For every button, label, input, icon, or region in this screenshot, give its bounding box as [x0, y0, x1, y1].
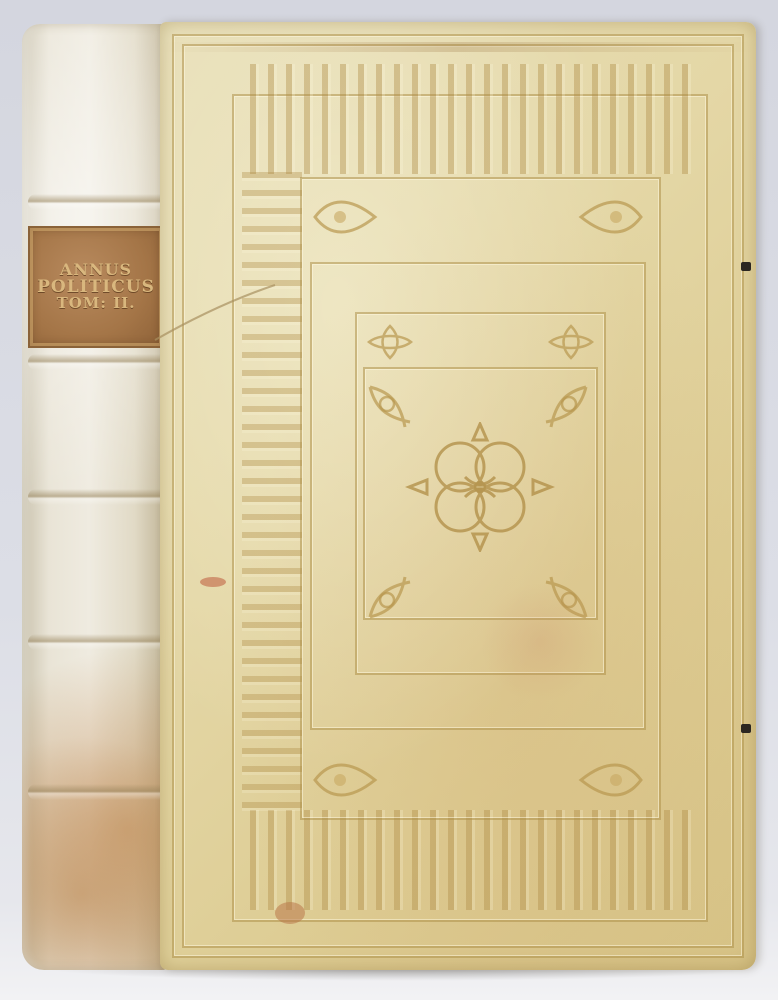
corner-fleuron-icon: [310, 192, 380, 242]
stain: [480, 582, 600, 702]
spine-band: [28, 354, 168, 370]
binding-thread-icon: [150, 280, 280, 350]
top-roll-border: [250, 64, 692, 174]
bottom-roll-border: [250, 810, 692, 910]
front-cover: [160, 22, 756, 970]
clasp-pin-top: [741, 262, 751, 271]
spine-label-line-3: TOM: II.: [57, 296, 136, 312]
spine-band: [28, 784, 168, 800]
top-edge-wear: [160, 42, 756, 52]
book: ANNUS POLITICUS TOM: II.: [0, 0, 778, 1000]
clasp-pin-bottom: [741, 724, 751, 733]
spine-band: [28, 194, 168, 210]
corner-fleuron-icon: [310, 755, 380, 805]
corner-ornament-icon: [365, 567, 425, 622]
stain: [200, 577, 226, 587]
small-fleuron-icon: [546, 322, 596, 362]
small-fleuron-icon: [365, 322, 415, 362]
central-medallion-icon: [405, 422, 555, 552]
book-spine: [22, 24, 172, 970]
stain: [275, 902, 305, 924]
corner-fleuron-icon: [576, 755, 646, 805]
corner-fleuron-icon: [576, 192, 646, 242]
spine-band: [28, 489, 168, 505]
spine-band: [28, 634, 168, 650]
spine-title-label: ANNUS POLITICUS TOM: II.: [28, 226, 164, 348]
left-roll-border: [242, 172, 302, 820]
